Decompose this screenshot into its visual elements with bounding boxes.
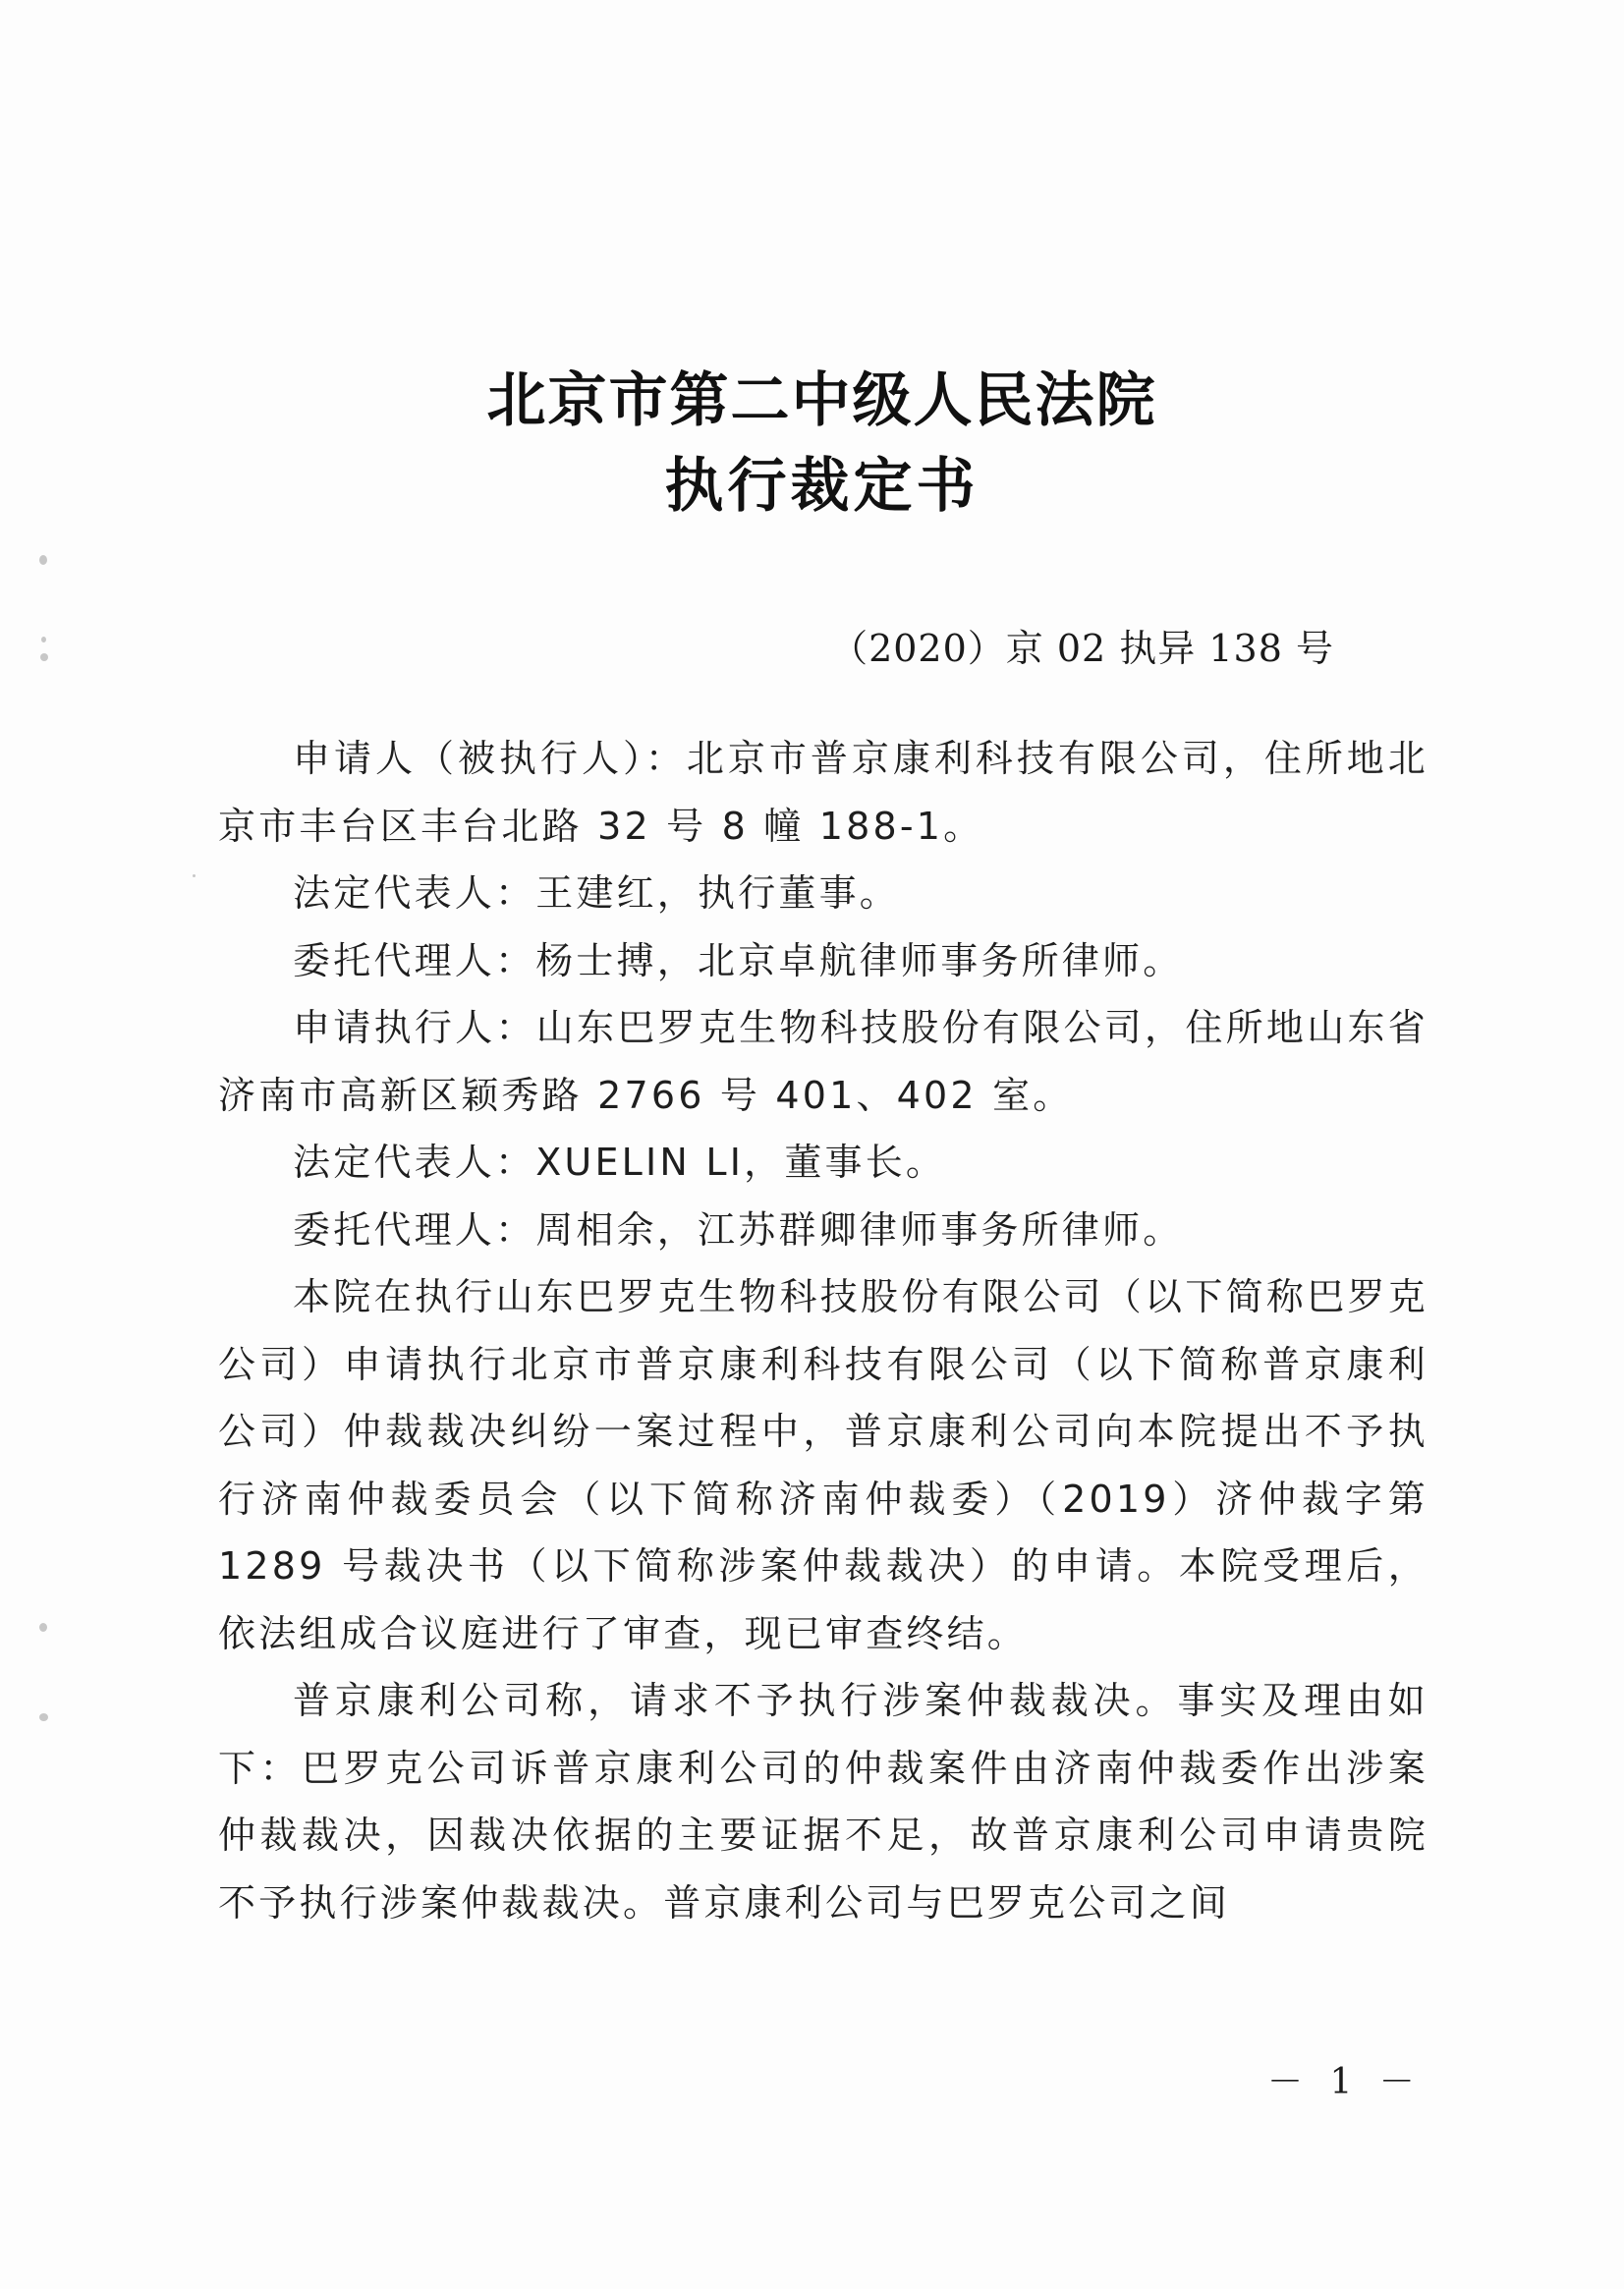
scan-artifact-mark — [40, 653, 48, 661]
paragraph-enforcement-agent: 委托代理人：周相余，江苏群卿律师事务所律师。 — [218, 1197, 1428, 1264]
paragraph-applicant: 申请人（被执行人）：北京市普京康利科技有限公司，住所地北京市丰台区丰台北路 32… — [218, 725, 1428, 860]
page-number: － 1 － — [1267, 2058, 1423, 2107]
paragraph-applicant-claims: 普京康利公司称，请求不予执行涉案仲裁裁决。事实及理由如下：巴罗克公司诉普京康利公… — [218, 1667, 1428, 1936]
scan-artifact-mark — [39, 555, 47, 565]
case-number: （2020）京 02 执异 138 号 — [830, 619, 1334, 678]
court-name-heading: 北京市第二中级人民法院 — [10, 362, 1624, 440]
document-page: 北京市第二中级人民法院 执行裁定书 （2020）京 02 执异 138 号 申请… — [0, 0, 1624, 2289]
document-body: 申请人（被执行人）：北京市普京康利科技有限公司，住所地北京市丰台区丰台北路 32… — [218, 725, 1428, 1936]
scan-artifact-mark — [39, 1713, 48, 1721]
paragraph-enforcement-legal-rep: 法定代表人：XUELIN LI，董事长。 — [218, 1129, 1428, 1197]
document-type-heading: 执行裁定书 — [10, 447, 1624, 526]
paragraph-enforcement-applicant: 申请执行人：山东巴罗克生物科技股份有限公司，住所地山东省济南市高新区颖秀路 27… — [218, 994, 1428, 1129]
scan-artifact-mark — [193, 874, 196, 877]
paragraph-applicant-agent: 委托代理人：杨士搏，北京卓航律师事务所律师。 — [218, 927, 1428, 995]
scan-artifact-mark — [41, 637, 46, 642]
paragraph-applicant-legal-rep: 法定代表人：王建红，执行董事。 — [218, 860, 1428, 927]
scan-artifact-mark — [39, 1623, 47, 1632]
paragraph-case-background: 本院在执行山东巴罗克生物科技股份有限公司（以下简称巴罗克公司）申请执行北京市普京… — [218, 1263, 1428, 1667]
